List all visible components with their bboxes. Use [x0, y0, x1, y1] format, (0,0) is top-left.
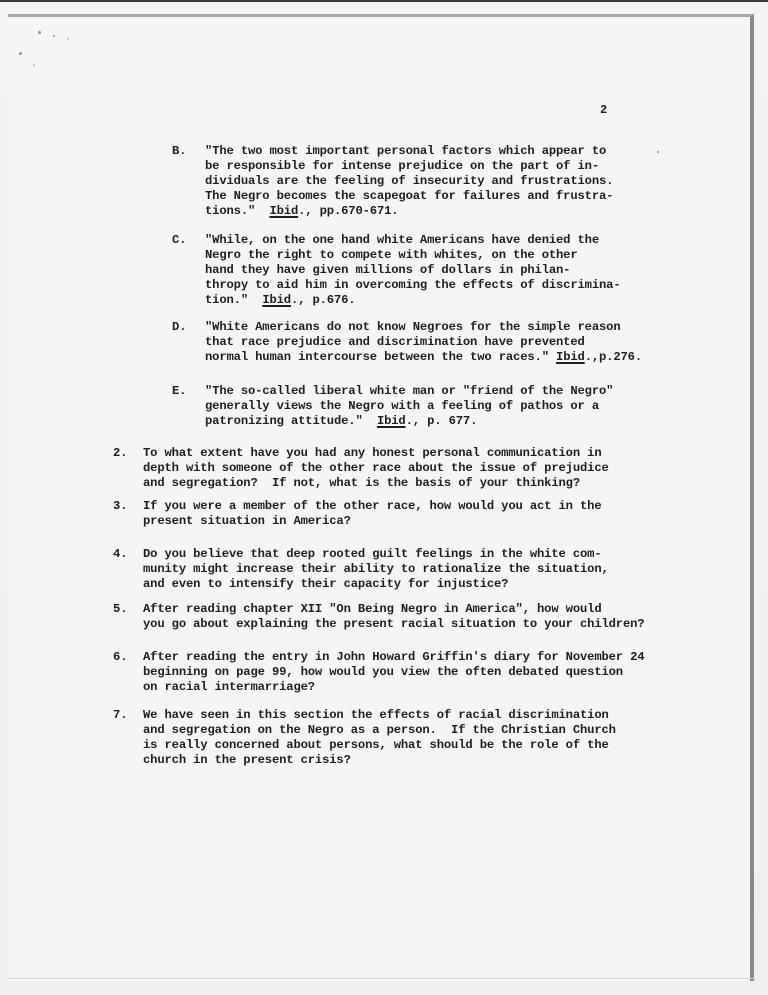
quote-line: dividuals are the feeling of insecurity … [205, 174, 613, 189]
quote-line: thropy to aid him in overcoming the effe… [205, 278, 621, 293]
scan-speck [67, 38, 69, 40]
page-number: 2 [600, 103, 607, 118]
question-number: 4. [113, 547, 127, 562]
quote-line: be responsible for intense prejudice on … [205, 159, 613, 174]
scan-speck [19, 52, 22, 55]
quote-line: "White Americans do not know Negroes for… [205, 320, 642, 335]
scan-speck [657, 151, 659, 153]
quote-line: "The two most important personal factors… [205, 144, 613, 159]
question-line: After reading chapter XII "On Being Negr… [143, 602, 644, 617]
quote-text: "While, on the one hand white Americans … [205, 233, 621, 308]
quote-citation-line: tion." Ibid., p.676. [205, 293, 621, 308]
question-line: To what extent have you had any honest p… [143, 446, 609, 461]
quote-line: generally views the Negro with a feeling… [205, 399, 613, 414]
quote-citation-line: normal human intercourse between the two… [205, 350, 642, 365]
quote-label: C. [172, 233, 186, 248]
question-line: beginning on page 99, how would you view… [143, 665, 644, 680]
citation-ibid: Ibid [262, 293, 291, 307]
quote-citation-line: tions." Ibid., pp.670-671. [205, 204, 613, 219]
question-line: is really concerned about persons, what … [143, 738, 616, 753]
quote-citation-line: patronizing attitude." Ibid., p. 677. [205, 414, 613, 429]
quote-line: hand they have given millions of dollars… [205, 263, 621, 278]
question-line: present situation in America? [143, 514, 601, 529]
quote-label: E. [172, 384, 186, 399]
scan-speck [53, 35, 55, 37]
quote-line: "While, on the one hand white Americans … [205, 233, 621, 248]
question-number: 2. [113, 446, 127, 461]
citation-ibid: Ibid [377, 414, 406, 428]
question-line: We have seen in this section the effects… [143, 708, 616, 723]
question-line: church in the present crisis? [143, 753, 616, 768]
quote-line: The Negro becomes the scapegoat for fail… [205, 189, 613, 204]
quote-text: "The so-called liberal white man or "fri… [205, 384, 613, 429]
citation-ibid: Ibid [269, 204, 298, 218]
question-line: After reading the entry in John Howard G… [143, 650, 644, 665]
question-line: Do you believe that deep rooted guilt fe… [143, 547, 609, 562]
question-line: If you were a member of the other race, … [143, 499, 601, 514]
quote-label: D. [172, 320, 186, 335]
question-line: you go about explaining the present raci… [143, 617, 644, 632]
question-text: To what extent have you had any honest p… [143, 446, 609, 491]
quote-label: B. [172, 144, 186, 159]
question-number: 6. [113, 650, 127, 665]
question-text: After reading the entry in John Howard G… [143, 650, 644, 695]
page-bottom-edge [8, 978, 756, 979]
quote-line: that race prejudice and discrimination h… [205, 335, 642, 350]
question-line: depth with someone of the other race abo… [143, 461, 609, 476]
question-number: 5. [113, 602, 127, 617]
question-number: 7. [113, 708, 127, 723]
question-text: Do you believe that deep rooted guilt fe… [143, 547, 609, 592]
question-number: 3. [113, 499, 127, 514]
quote-line: "The so-called liberal white man or "fri… [205, 384, 613, 399]
question-line: munity might increase their ability to r… [143, 562, 609, 577]
scan-top-edge [0, 0, 768, 2]
question-line: and segregation on the Negro as a person… [143, 723, 616, 738]
quote-text: "The two most important personal factors… [205, 144, 613, 219]
question-line: on racial intermarriage? [143, 680, 644, 695]
scan-speck [33, 64, 35, 66]
question-text: If you were a member of the other race, … [143, 499, 601, 529]
scan-speck [38, 31, 41, 34]
question-text: After reading chapter XII "On Being Negr… [143, 602, 644, 632]
quote-line: Negro the right to compete with whites, … [205, 248, 621, 263]
question-text: We have seen in this section the effects… [143, 708, 616, 768]
question-line: and even to intensify their capacity for… [143, 577, 609, 592]
question-line: and segregation? If not, what is the bas… [143, 476, 609, 491]
quote-text: "White Americans do not know Negroes for… [205, 320, 642, 365]
citation-ibid: Ibid [556, 350, 585, 364]
